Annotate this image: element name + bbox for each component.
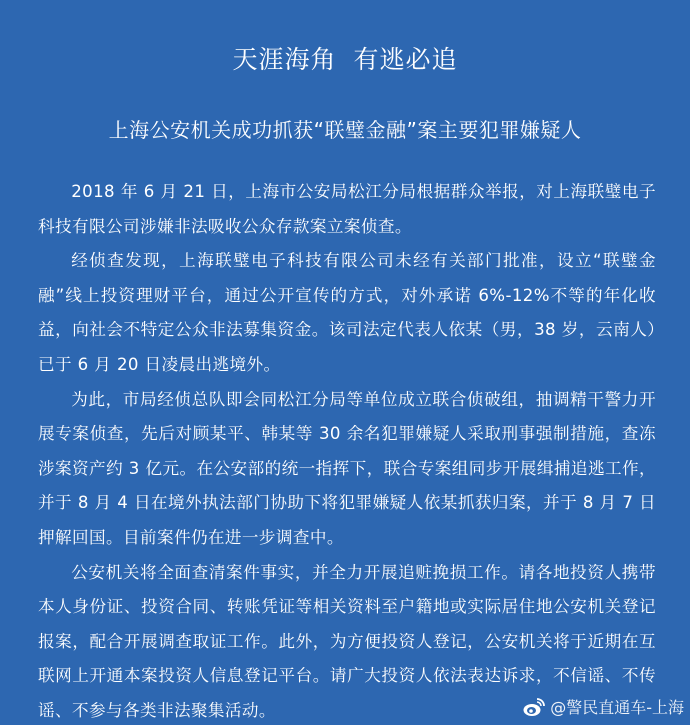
notice-title: 天涯海角 有逃必追 — [0, 40, 690, 76]
paragraph-case-opened: 2018 年 6 月 21 日，上海市公安局松江分局根据群众举报，对上海联璧电子… — [38, 175, 656, 244]
paragraph-arrest: 为此，市局经侦总队即会同松江分局等单位成立联合侦破组，抽调精干警力开展专案侦查，… — [38, 383, 656, 556]
notice-body: 2018 年 6 月 21 日，上海市公安局松江分局根据群众举报，对上海联璧电子… — [38, 175, 656, 725]
watermark-text: @警民直通车-上海 — [550, 695, 684, 718]
watermark: @警民直通车-上海 — [523, 695, 684, 718]
paragraph-investigation-findings: 经侦查发现，上海联璧电子科技有限公司未经有关部门批准，设立“联璧金融”线上投资理… — [38, 244, 656, 382]
weibo-icon — [523, 697, 545, 717]
notice-subtitle: 上海公安机关成功抓获“联璧金融”案主要犯罪嫌疑人 — [0, 114, 690, 143]
